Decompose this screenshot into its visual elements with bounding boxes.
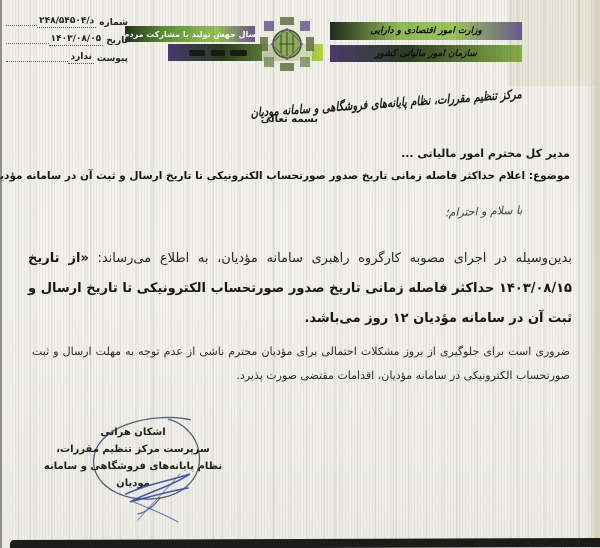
body-paragraph-1: بدین‌وسیله در اجرای مصوبه کارگروه راهبری…: [28, 244, 572, 334]
subject-label: موضوع:: [529, 170, 570, 182]
body-paragraph-2: ضروری است برای جلوگیری از بروز مشکلات اح…: [32, 340, 570, 388]
blurred-text-blob: [230, 50, 247, 56]
date-field: تاریخ ۱۴۰۳/۰۸/۰۵: [6, 34, 128, 46]
attachment-label: پیوست: [97, 54, 128, 64]
date-value: ۱۴۰۳/۰۸/۰۵: [49, 34, 104, 46]
salutation-handwriting: با سلام و احترام؛: [444, 204, 522, 220]
scanned-letter-page: شماره د/۲۴۸/۵۴۵۰۴ تاریخ ۱۴۰۳/۰۸/۰۵ پیوست…: [0, 0, 600, 548]
blurred-text-blob: [189, 50, 205, 56]
signature-scribble: [68, 410, 238, 529]
besmeleh-text: بسمه تعالی: [261, 114, 318, 125]
recipient-line: مدیر کل محترم امور مالیاتی ...: [401, 147, 570, 160]
body-lead-text: بدین‌وسیله در اجرای مصوبه کارگروه راهبری…: [89, 251, 572, 266]
ministry-name: وزارت امور اقتصادی و دارایی: [370, 26, 482, 36]
tax-organization-banner: سازمان امور مالیاتی کشور: [330, 45, 522, 62]
subject-line: موضوع: اعلام حداکثر فاصله زمانی تاریخ صد…: [0, 170, 570, 182]
number-value: د/۲۴۸/۵۴۵۰۴: [37, 16, 96, 28]
inta-emblem-logo: [256, 13, 318, 79]
dotted-line: [6, 60, 68, 62]
dotted-line: [6, 42, 49, 44]
number-label: شماره: [99, 18, 128, 28]
scan-left-edge: [0, 0, 2, 548]
scan-right-edge: [585, 0, 600, 548]
letter-meta-fields: شماره د/۲۴۸/۵۴۵۰۴ تاریخ ۱۴۰۳/۰۸/۰۵ پیوست…: [6, 16, 128, 70]
dotted-line: [6, 24, 37, 26]
blurred-text-blob: [211, 50, 225, 56]
tax-organization-name: سازمان امور مالیاتی کشور: [375, 49, 477, 59]
slogan-text: سال جهش تولید با مشارکت مردم: [124, 30, 257, 39]
ministry-banner: وزارت امور اقتصادی و دارایی: [330, 22, 522, 40]
attachment-value: ندارد: [68, 52, 93, 64]
scan-bottom-edge: [10, 538, 600, 548]
slogan-banner: سال جهش تولید با مشارکت مردم: [125, 26, 255, 42]
subject-text: اعلام حداکثر فاصله زمانی تاریخ صدور صورت…: [0, 170, 525, 182]
attachment-field: پیوست ندارد: [6, 52, 128, 64]
number-field: شماره د/۲۴۸/۵۴۵۰۴: [6, 16, 128, 28]
